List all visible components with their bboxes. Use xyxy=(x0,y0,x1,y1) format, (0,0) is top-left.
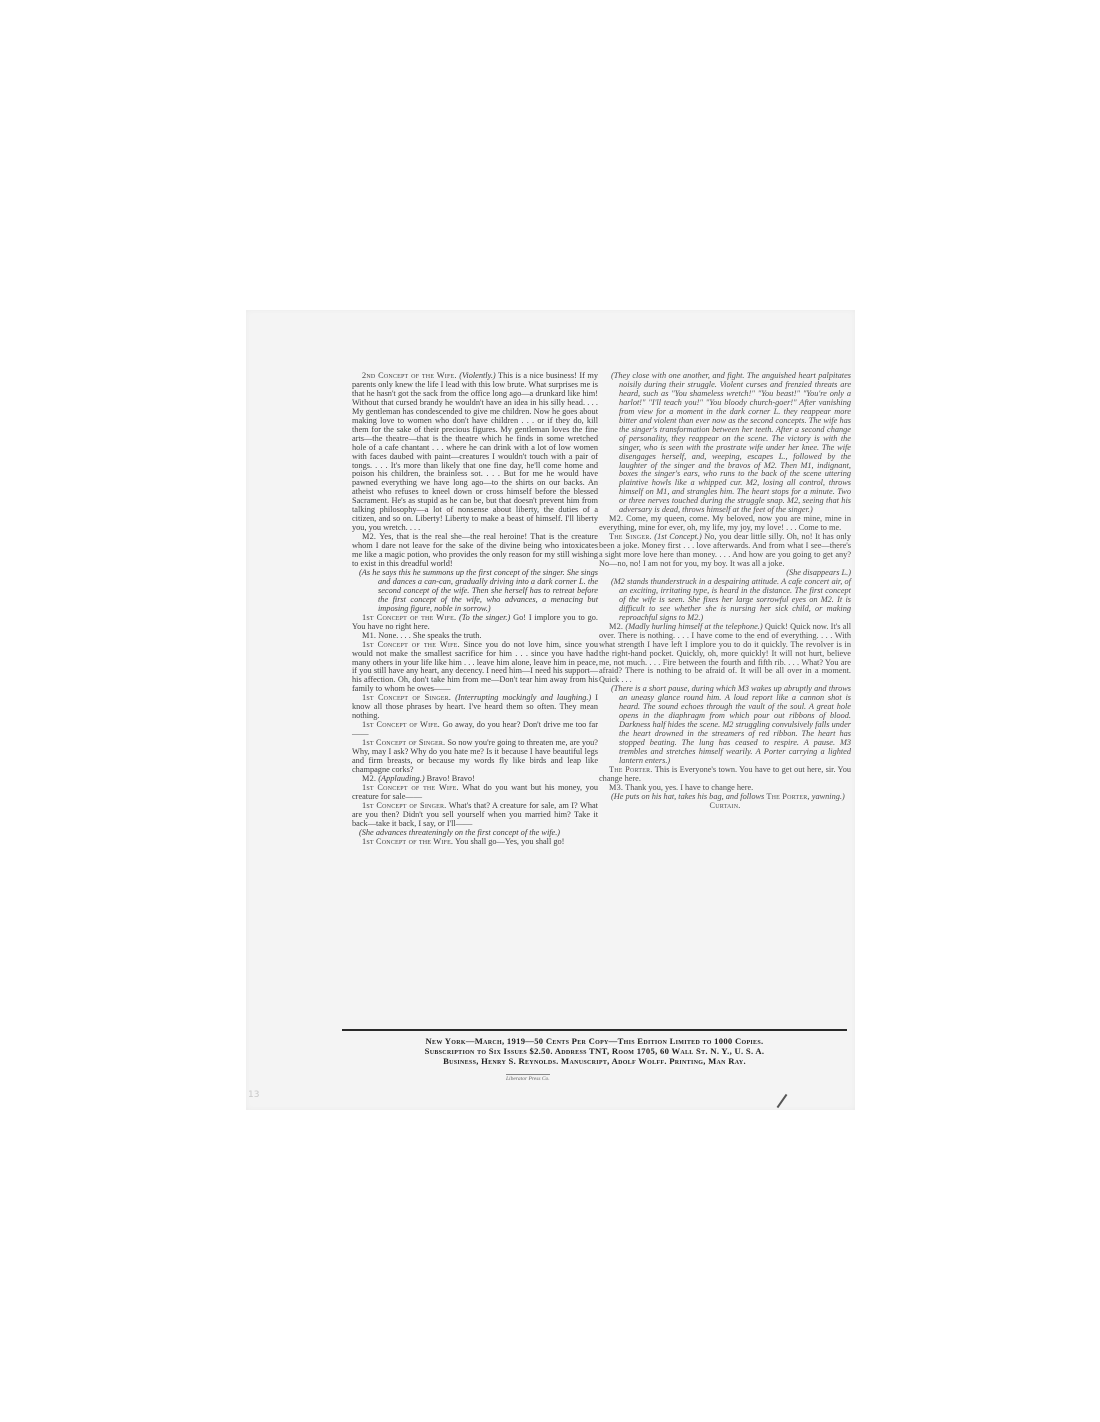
speaker-name: 1st Concept of the Wife. xyxy=(362,640,460,649)
colophon-line-2: Subscription to Six Issues $2.50. Addres… xyxy=(342,1046,847,1056)
dialogue-line: 1st Concept of Singer. So now you're goi… xyxy=(352,739,598,775)
speaker-name: M2. xyxy=(609,622,623,631)
inline-direction: (1st Concept.) xyxy=(652,532,702,541)
right-column: (They close with one another, and fight.… xyxy=(599,372,851,811)
inline-direction: (Madly hurling himself at the telephone.… xyxy=(623,622,762,631)
speech-text: Yes, that is the real she—the real heroi… xyxy=(352,532,598,568)
stage-direction: (There is a short pause, during which M3… xyxy=(619,685,851,766)
speaker-name: M2. xyxy=(362,532,376,541)
speech-text: Quick! Quick now. It's all over. There i… xyxy=(599,622,851,685)
document-page: 2nd Concept of the Wife. (Violently.) Th… xyxy=(246,310,855,1110)
right-dialogue-group-2: The Porter. This is Everyone's town. You… xyxy=(599,766,851,793)
speaker-name: 1st Concept of Wife. xyxy=(362,720,440,729)
dialogue-line: 1st Concept of the Wife. (To the singer.… xyxy=(352,614,598,632)
stage-direction: (M2 stands thunderstruck in a despairing… xyxy=(619,578,851,623)
colophon-line-1: New York—March, 1919—50 Cents Per Copy—T… xyxy=(342,1036,847,1046)
speaker-name: 1st Concept of the Wife. xyxy=(362,613,456,622)
speaker-name: 1st Concept of Singer. xyxy=(362,801,446,810)
speech-text: Come, my queen, come. My beloved, now yo… xyxy=(599,514,851,532)
speaker-name: 1st Concept of the Wife. xyxy=(362,783,459,792)
speaker-name: 1st Concept of Singer. xyxy=(362,693,451,702)
dialogue-line: M2. Come, my queen, come. My beloved, no… xyxy=(599,515,851,533)
stage-direction: (They close with one another, and fight.… xyxy=(619,372,851,515)
dialogue-line: 1st Concept of the Wife. Since you do no… xyxy=(352,641,598,695)
inline-direction: (To the singer.) xyxy=(456,613,510,622)
dialogue-line: The Porter. This is Everyone's town. You… xyxy=(599,766,851,784)
speaker-name: M3. xyxy=(609,783,623,792)
speaker-name: 1st Concept of the Wife. xyxy=(362,837,453,846)
speaker-name: M1. xyxy=(362,631,376,640)
left-dialogue-group-1: 2nd Concept of the Wife. (Violently.) Th… xyxy=(352,372,598,569)
dialogue-line: M2. Yes, that is the real she—the real h… xyxy=(352,533,598,569)
stage-direction: (As he says this he summons up the first… xyxy=(378,569,598,614)
right-dialogue-group-1: M2. Come, my queen, come. My beloved, no… xyxy=(599,515,851,569)
dialogue-line: M2. (Madly hurling himself at the teleph… xyxy=(599,623,851,686)
dialogue-line: 1st Concept of Singer. (Interrupting moc… xyxy=(352,694,598,721)
inline-direction: (Interrupting mockingly and laughing.) xyxy=(451,693,591,702)
speaker-name: 2nd Concept of the Wife. xyxy=(362,371,457,380)
page-corner-mark: 13 xyxy=(248,1090,259,1100)
paper-tear-mark xyxy=(777,1094,788,1108)
left-column: 2nd Concept of the Wife. (Violently.) Th… xyxy=(352,372,598,847)
speaker-name: 1st Concept of Singer. xyxy=(362,738,445,747)
speaker-name: M2. xyxy=(362,774,376,783)
inline-direction: (Applauding.) xyxy=(376,774,424,783)
dialogue-line: 1st Concept of the Wife. You shall go—Ye… xyxy=(352,838,598,847)
speech-text: Since you do not love him, since you wou… xyxy=(352,640,598,694)
speech-text: You shall go—Yes, you shall go! xyxy=(453,837,564,846)
speech-text: Bravo! Bravo! xyxy=(425,774,475,783)
m2-telephone-speech: M2. (Madly hurling himself at the teleph… xyxy=(599,623,851,686)
dialogue-line: 1st Concept of Singer. What's that? A cr… xyxy=(352,802,598,829)
dialogue-line: 1st Concept of Wife. Go away, do you hea… xyxy=(352,721,598,739)
colophon-line-3: Business, Henry S. Reynolds. Manuscript,… xyxy=(342,1056,847,1066)
colophon: New York—March, 1919—50 Cents Per Copy—T… xyxy=(342,1036,847,1066)
left-dialogue-group-2: 1st Concept of the Wife. (To the singer.… xyxy=(352,614,598,829)
speaker-name: M2. xyxy=(609,514,623,523)
inline-direction: (Violently.) xyxy=(457,371,496,380)
printer-mark: Liberator Press Co. xyxy=(506,1074,550,1082)
dialogue-line: The Singer. (1st Concept.) No, you dear … xyxy=(599,533,851,569)
speaker-name: The Singer. xyxy=(609,532,652,541)
dialogue-line: 1st Concept of the Wife. What do you wan… xyxy=(352,784,598,802)
speech-text: This is a nice business! If my parents o… xyxy=(352,371,598,532)
dialogue-line: 2nd Concept of the Wife. (Violently.) Th… xyxy=(352,372,598,533)
speech-text: None. . . . She speaks the truth. xyxy=(376,631,481,640)
colophon-rule xyxy=(342,1029,847,1031)
speech-text: Thank you, yes. I have to change here. xyxy=(623,783,753,792)
speaker-name: The Porter. xyxy=(609,765,653,774)
left-closing-line: 1st Concept of the Wife. You shall go—Ye… xyxy=(352,838,598,847)
curtain-label: Curtain. xyxy=(599,802,851,811)
